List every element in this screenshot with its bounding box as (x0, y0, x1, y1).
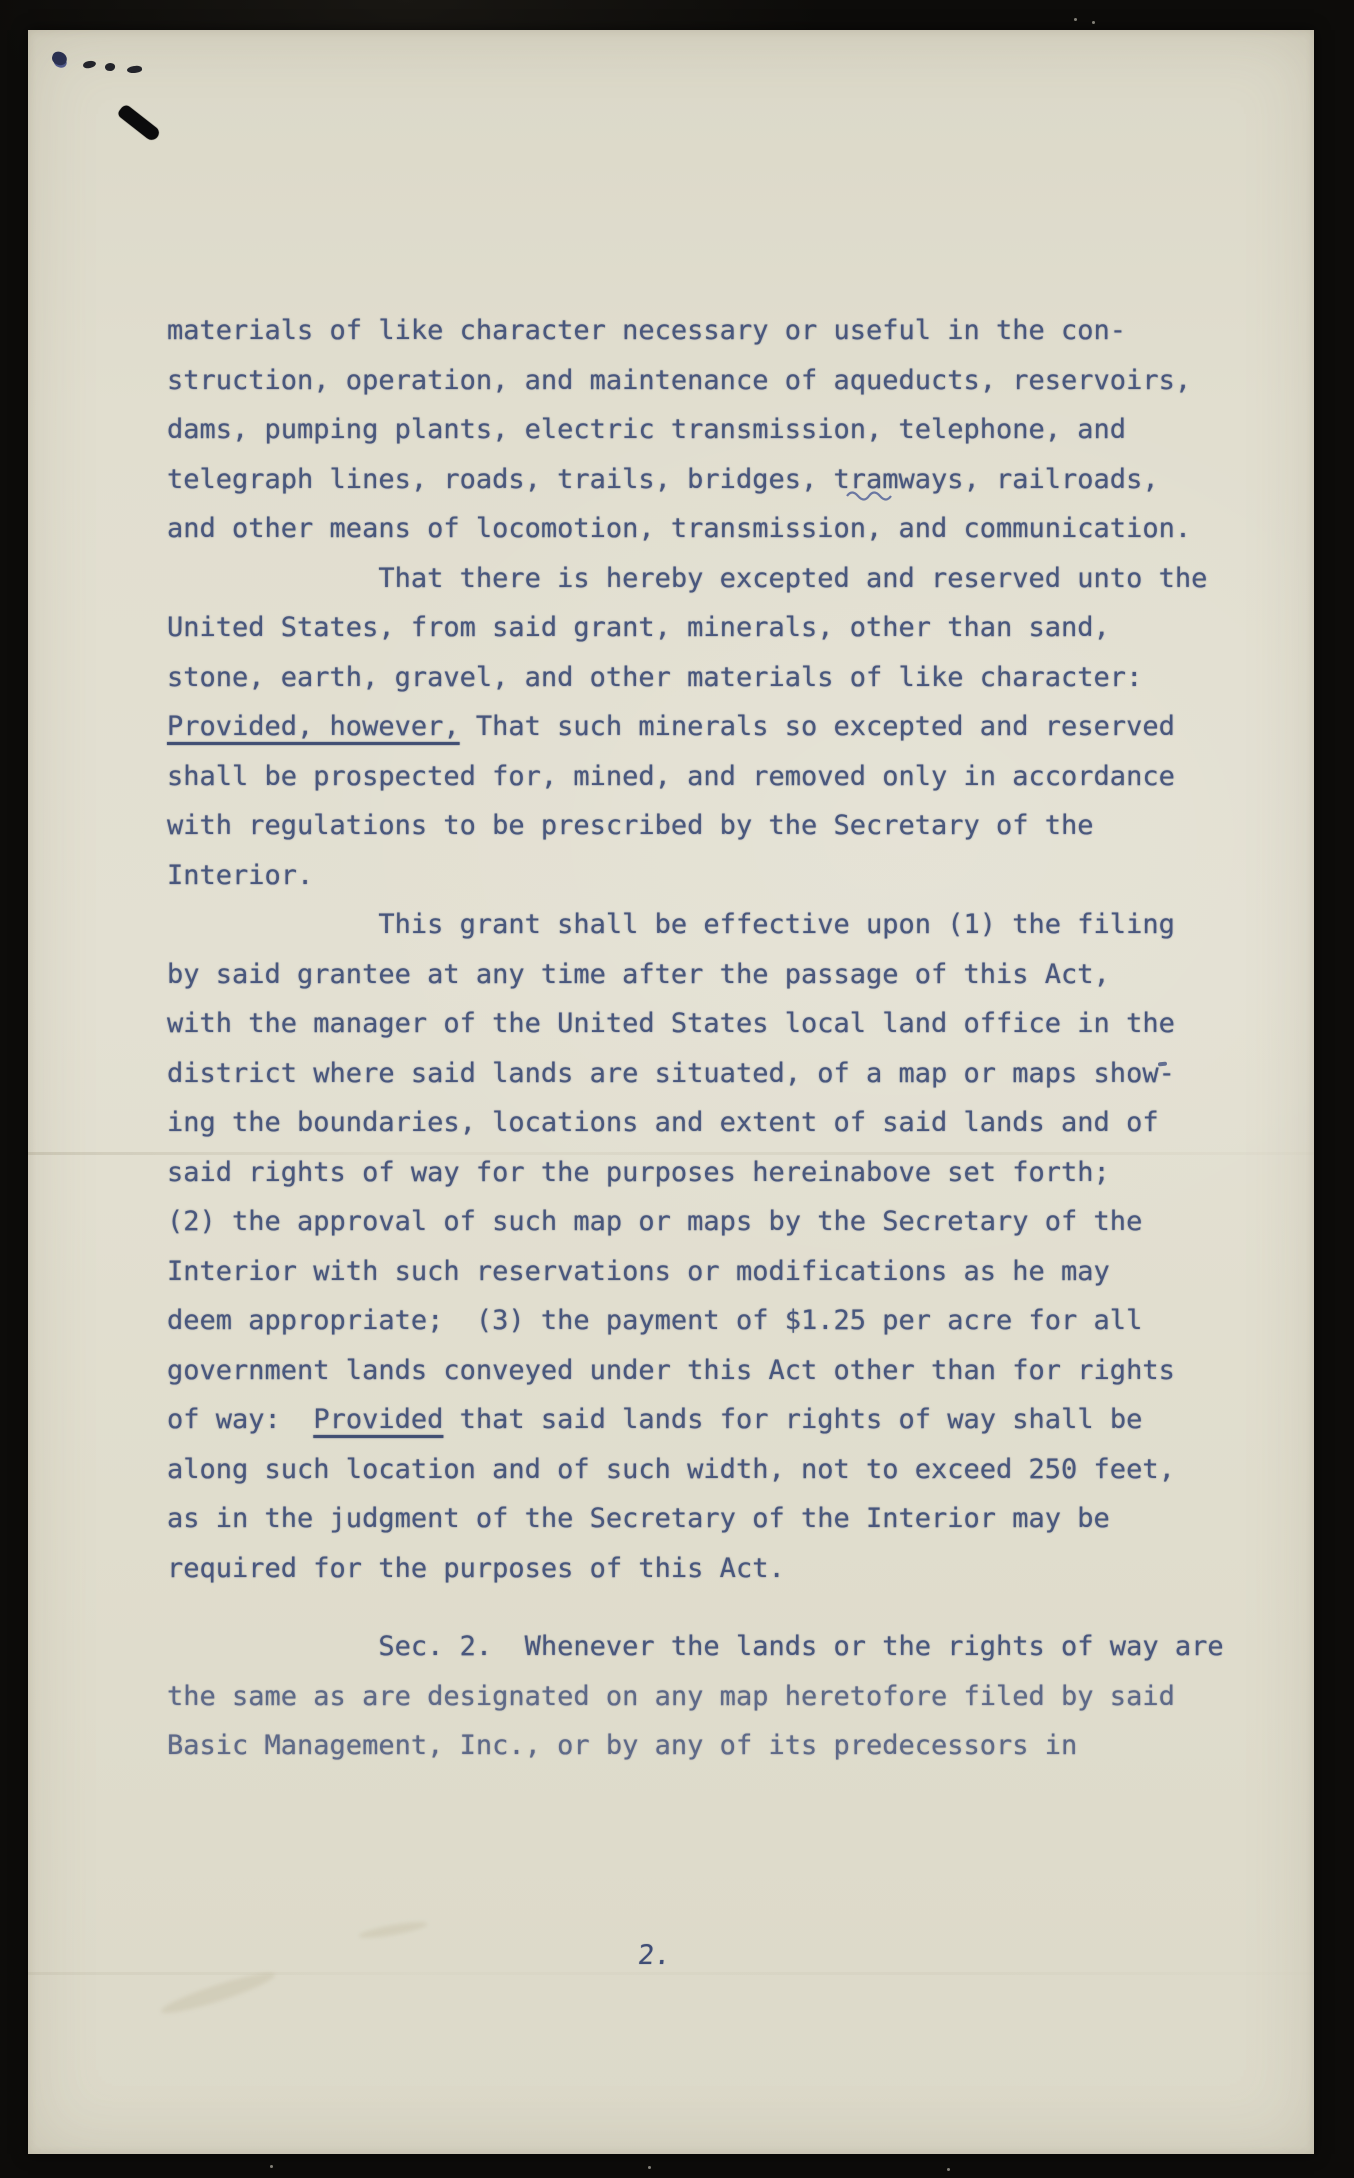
typed-line: as in the judgment of the Secretary of t… (167, 1494, 1267, 1544)
typed-line-section-2: Sec. 2. Whenever the lands or the rights… (167, 1622, 1267, 1672)
typed-line: Provided, however, That such minerals so… (167, 702, 1267, 752)
pen-slash-mark (117, 103, 162, 142)
dust-speck (1092, 21, 1095, 24)
typed-line: government lands conveyed under this Act… (167, 1346, 1267, 1396)
scanner-background: materials of like character necessary or… (0, 0, 1354, 2178)
ink-speck (127, 65, 143, 74)
underlined-phrase: Provided, however, (167, 711, 460, 742)
typed-line: United States, from said grant, minerals… (167, 603, 1267, 653)
ink-speck (104, 62, 115, 71)
typed-text: of way: (167, 1404, 313, 1435)
ink-speck (82, 60, 96, 70)
typed-line: telegraph lines, roads, trails, bridges,… (167, 455, 1267, 505)
typed-line: district where said lands are situated, … (167, 1049, 1267, 1099)
typed-line: shall be prospected for, mined, and remo… (167, 752, 1267, 802)
typed-line: with regulations to be prescribed by the… (167, 801, 1267, 851)
typed-line: stone, earth, gravel, and other material… (167, 653, 1267, 703)
page-number: 2. (635, 1931, 673, 1981)
typed-line-paragraph-start: This grant shall be effective upon (1) t… (167, 900, 1267, 950)
typed-line: with the manager of the United States lo… (167, 999, 1267, 1049)
document-page: materials of like character necessary or… (28, 30, 1314, 2154)
paper-crease (28, 1152, 1314, 1155)
typed-line: Interior. (167, 851, 1267, 901)
underlined-phrase: Provided (313, 1404, 443, 1435)
pencil-smudge (358, 1919, 429, 1941)
typed-line: dams, pumping plants, electric transmiss… (167, 405, 1267, 455)
typed-line: deem appropriate; (3) the payment of $1.… (167, 1296, 1267, 1346)
typed-text: That such minerals so excepted and reser… (460, 711, 1175, 742)
dust-speck (1074, 18, 1077, 21)
dust-speck (947, 2168, 950, 2171)
typed-line: by said grantee at any time after the pa… (167, 950, 1267, 1000)
typed-line: Basic Management, Inc., or by any of its… (167, 1721, 1267, 1771)
dust-speck (270, 2165, 273, 2168)
typed-text-block: materials of like character necessary or… (167, 306, 1267, 1771)
typed-line: along such location and of such width, n… (167, 1445, 1267, 1495)
typed-line: of way: Provided that said lands for rig… (167, 1395, 1267, 1445)
typed-line: and other means of locomotion, transmiss… (167, 504, 1267, 554)
typed-line: the same as are designated on any map he… (167, 1672, 1267, 1722)
typed-line: (2) the approval of such map or maps by … (167, 1197, 1267, 1247)
typed-line: materials of like character necessary or… (167, 306, 1267, 356)
typed-line: ing the boundaries, locations and extent… (167, 1098, 1267, 1148)
squiggle-annotation-mark (845, 490, 901, 502)
dust-speck (648, 2166, 651, 2169)
ink-speck (50, 50, 69, 67)
typed-text: that said lands for rights of way shall … (443, 1404, 1142, 1435)
typed-line: required for the purposes of this Act. (167, 1544, 1267, 1594)
typed-line: Interior with such reservations or modif… (167, 1247, 1267, 1297)
typed-line-paragraph-start: That there is hereby excepted and reserv… (167, 554, 1267, 604)
paper-crease (28, 1972, 1314, 1975)
typed-line: struction, operation, and maintenance of… (167, 356, 1267, 406)
